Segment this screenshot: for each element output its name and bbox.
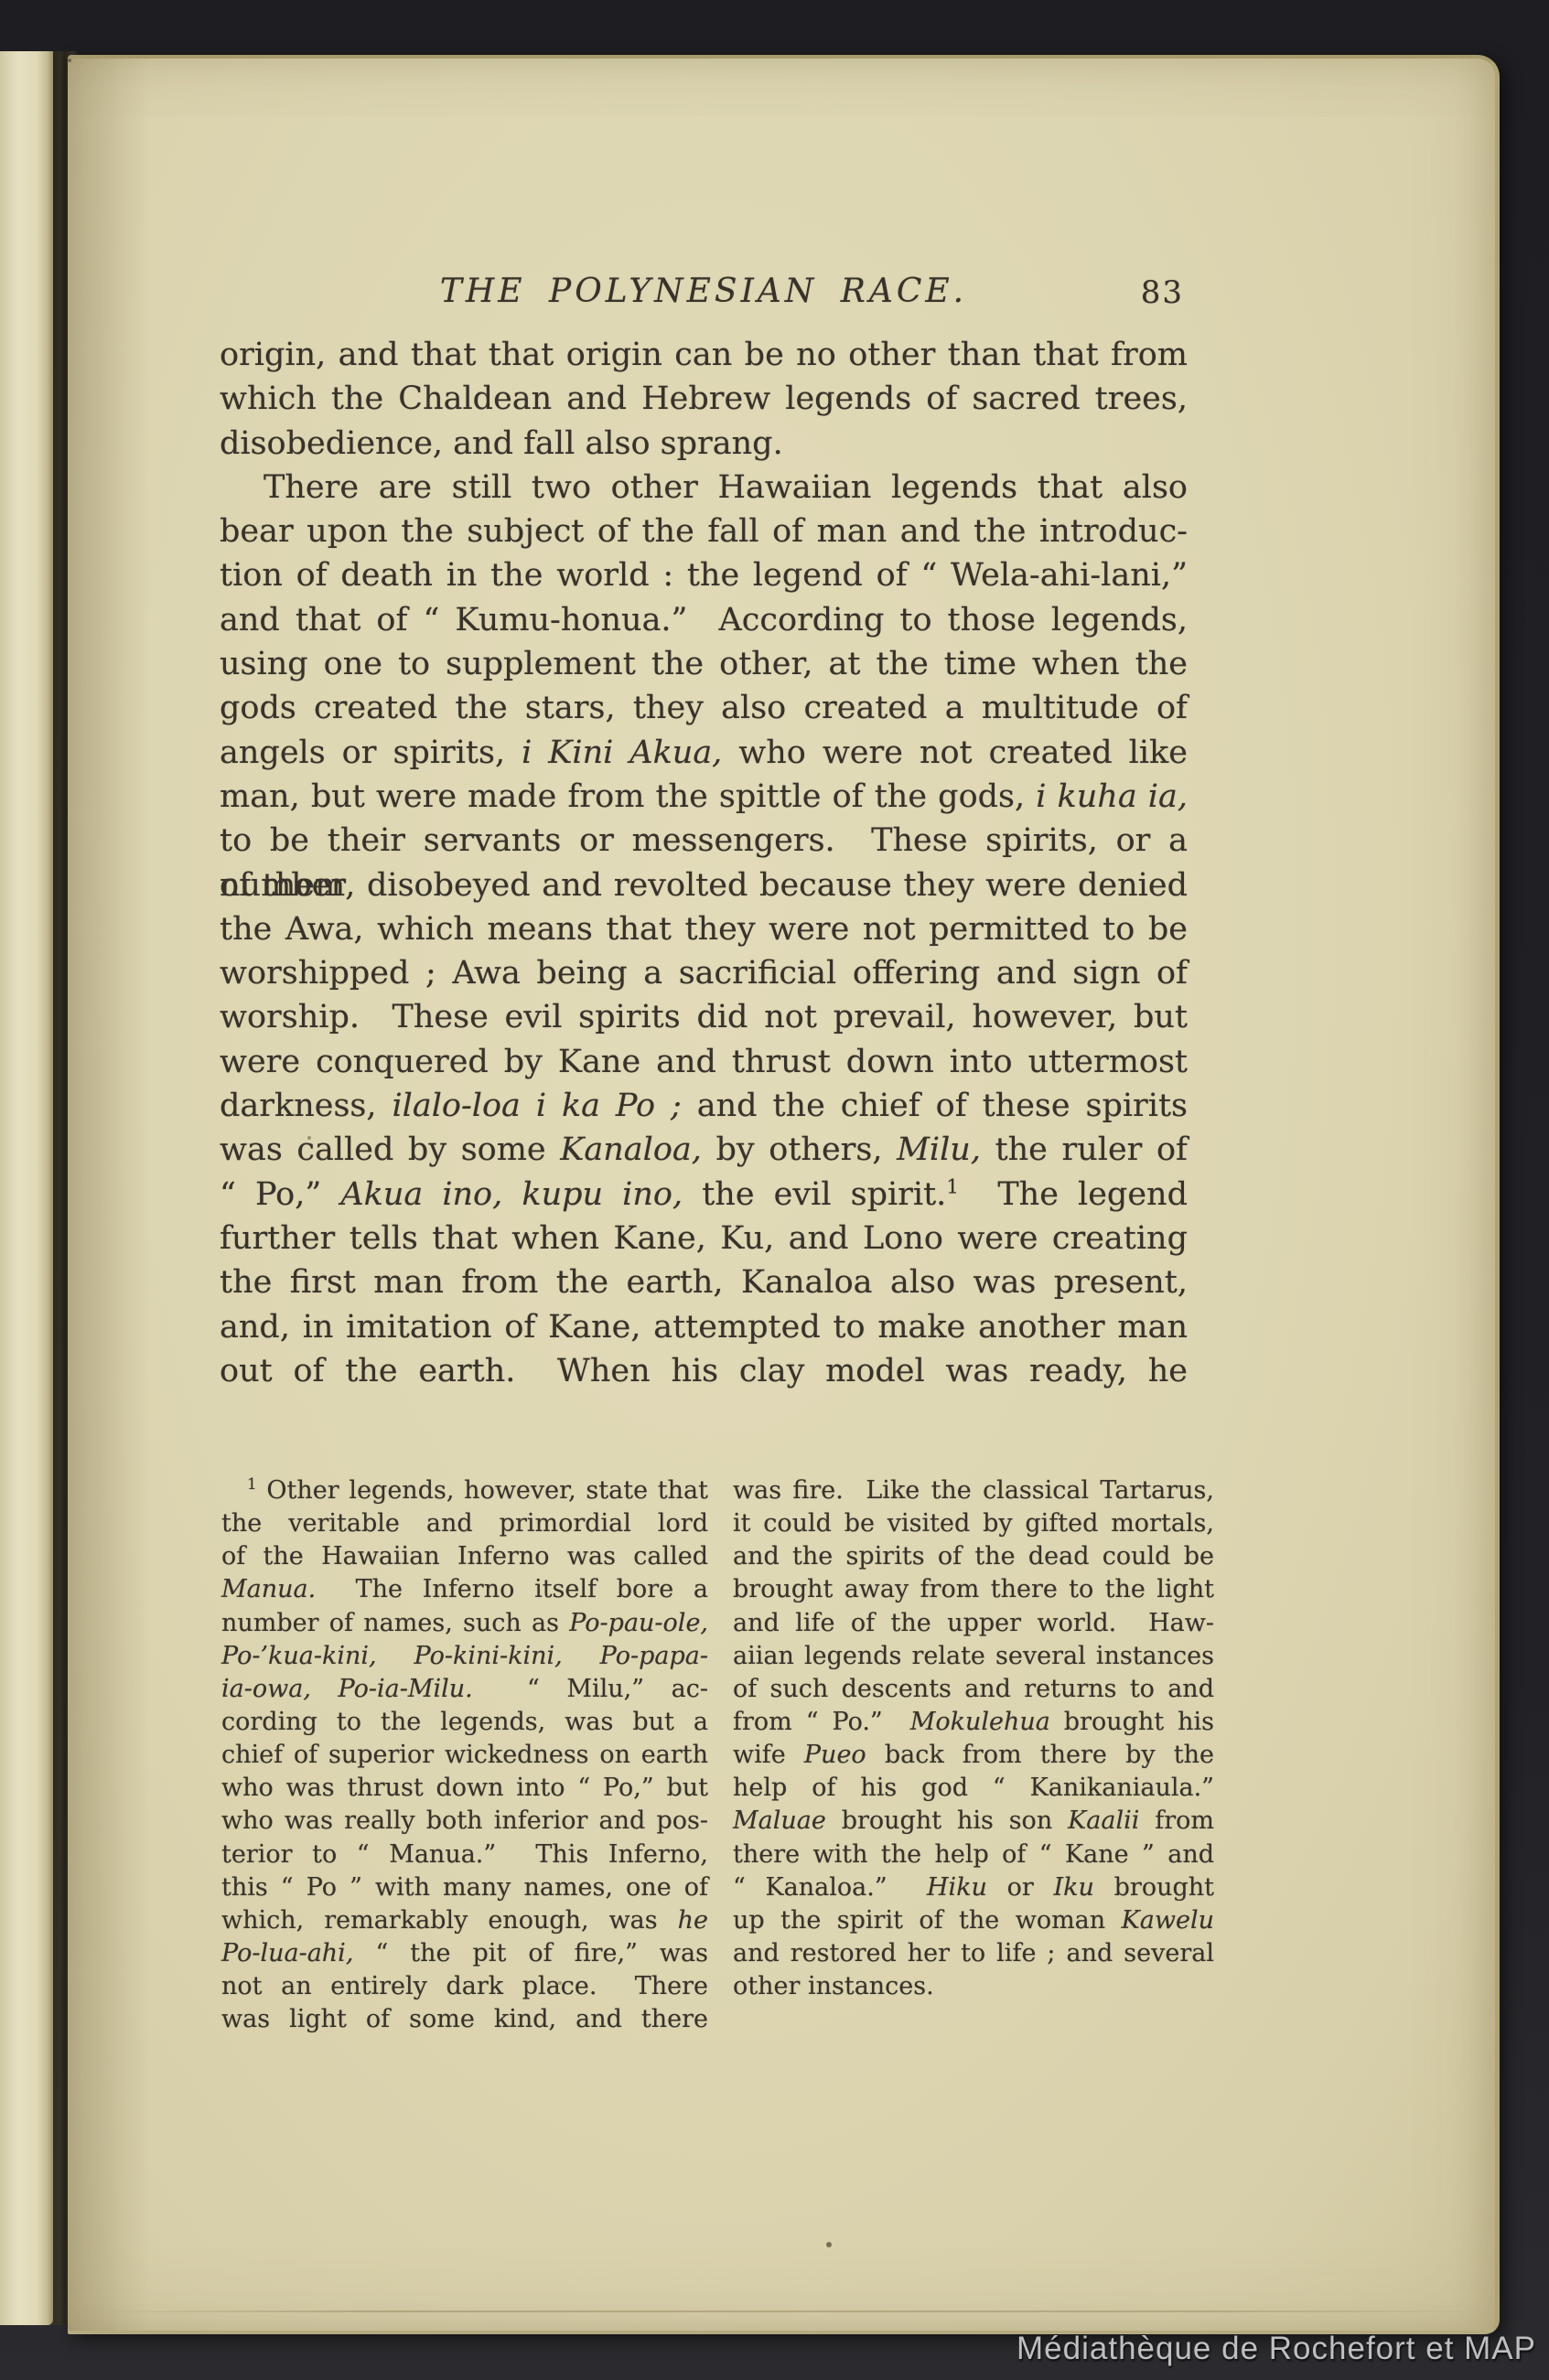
body-text: origin, and that that origin can be no o…: [220, 333, 1188, 1393]
footnote-line: there with the help of “ Kane ” and: [733, 1839, 1214, 1871]
book-page: THE POLYNESIAN RACE. 83 origin, and that…: [68, 55, 1500, 2334]
footnote-line: Manua. The Inferno itself bore a: [221, 1573, 708, 1606]
scanned-book-photo: THE POLYNESIAN RACE. 83 origin, and that…: [0, 0, 1549, 2380]
footnote-line: aiian legends relate several instances: [733, 1640, 1214, 1673]
footnote-line: from “ Po.” Mokulehua brought his: [733, 1706, 1214, 1739]
footnote-line: number of names, such as Po-pau-ole,: [221, 1607, 708, 1640]
body-text-line: and that of “ Kumu-honua.” According to …: [220, 598, 1188, 642]
body-text-line: to be their servants or messengers. Thes…: [220, 819, 1188, 863]
footnote-line: was light of some kind, and there: [221, 2003, 708, 2036]
footnote-line: brought away from there to the light: [733, 1573, 1214, 1606]
body-text-line: out of the earth. When his clay model wa…: [220, 1349, 1188, 1393]
footnote-line: up the spirit of the woman Kawelu: [733, 1904, 1214, 1937]
footnote-line: Po-’kua-kini, Po-kini-kini, Po-papa-: [221, 1640, 708, 1673]
body-text-line: which the Chaldean and Hebrew legends of…: [220, 377, 1188, 421]
facing-page-edge: [0, 51, 53, 2325]
paper-speck: [68, 59, 71, 62]
footnote-line: of the Hawaiian Inferno was called: [221, 1540, 708, 1573]
body-text-line: were conquered by Kane and thrust down i…: [220, 1040, 1188, 1084]
footnote-line: it could be visited by gifted mortals,: [733, 1507, 1214, 1540]
footnote-line: the veritable and primordial lord: [221, 1507, 708, 1540]
footnote-line: cording to the legends, was but a: [221, 1706, 708, 1739]
footnote-line: other instances.: [733, 1970, 1214, 2003]
body-text-line: darkness, ilalo-loa i ka Po ; and the ch…: [220, 1084, 1188, 1128]
body-text-line: “ Po,” Akua ino, kupu ino, the evil spir…: [220, 1173, 1188, 1217]
body-text-line: the Awa, which means that they were not …: [220, 907, 1188, 951]
body-text-line: bear upon the subject of the fall of man…: [220, 509, 1188, 553]
footnote-line: this “ Po ” with many names, one of: [221, 1871, 708, 1904]
body-text-line: worshipped ; Awa being a sacrificial off…: [220, 951, 1188, 995]
footnote-line: wife Pueo back from there by the: [733, 1739, 1214, 1772]
page-title: THE POLYNESIAN RACE.: [220, 273, 1188, 310]
footnote-column-right: was fire. Like the classical Tartarus,it…: [733, 1474, 1214, 2003]
footnote-line: and restored her to life ; and several: [733, 1937, 1214, 1970]
footnote-column-left: 1 Other legends, however, state thatthe …: [221, 1474, 708, 2036]
body-text-line: tion of death in the world : the legend …: [220, 553, 1188, 597]
footnote-line: which, remarkably enough, was he: [221, 1904, 708, 1937]
footnote-line: ia-owa, Po-ia-Milu. “ Milu,” ac-: [221, 1673, 708, 1706]
body-text-line: angels or spirits, i Kini Akua, who were…: [220, 731, 1188, 775]
footnote-line: Maluae brought his son Kaalii from: [733, 1805, 1214, 1838]
body-text-line: worship. These evil spirits did not prev…: [220, 995, 1188, 1039]
body-text-line: the first man from the earth, Kanaloa al…: [220, 1260, 1188, 1304]
body-text-line: origin, and that that origin can be no o…: [220, 333, 1188, 377]
footnote-line: not an entirely dark place. There: [221, 1970, 708, 2003]
body-text-line: using one to supplement the other, at th…: [220, 642, 1188, 686]
body-text-line: and, in imitation of Kane, attempted to …: [220, 1305, 1188, 1349]
watermark: Médiathèque de Rochefort et MAP: [1017, 2331, 1536, 2367]
body-text-line: of them, disobeyed and revolted because …: [220, 863, 1188, 907]
footnote-line: was fire. Like the classical Tartarus,: [733, 1474, 1214, 1507]
footnote-line: and the spirits of the dead could be: [733, 1540, 1214, 1573]
footnote-line: help of his god “ Kanikaniaula.”: [733, 1772, 1214, 1805]
footnote-line: terior to “ Manua.” This Inferno,: [221, 1839, 708, 1871]
footnote-line: Po-lua-ahi, “ the pit of fire,” was: [221, 1937, 708, 1970]
footnote-line: 1 Other legends, however, state that: [221, 1474, 708, 1507]
footnote-line: who was really both inferior and pos-: [221, 1805, 708, 1838]
footnote-line: and life of the upper world. Haw-: [733, 1607, 1214, 1640]
body-text-line: man, but were made from the spittle of t…: [220, 775, 1188, 819]
body-text-line: disobedience, and fall also sprang.: [220, 422, 1188, 466]
footnote-line: “ Kanaloa.” Hiku or Iku brought: [733, 1871, 1214, 1904]
footnote-line: of such descents and returns to and: [733, 1673, 1214, 1706]
body-text-line: further tells that when Kane, Ku, and Lo…: [220, 1217, 1188, 1260]
body-text-line: was called by some Kanaloa, by others, M…: [220, 1128, 1188, 1172]
footnote-line: chief of superior wickedness on earth: [221, 1739, 708, 1772]
footnote-line: who was thrust down into “ Po,” but: [221, 1772, 708, 1805]
page-number: 83: [1141, 274, 1184, 311]
running-head: THE POLYNESIAN RACE. 83: [220, 273, 1188, 315]
body-text-line: gods created the stars, they also create…: [220, 686, 1188, 730]
body-text-line: There are still two other Hawaiian legen…: [220, 466, 1188, 509]
